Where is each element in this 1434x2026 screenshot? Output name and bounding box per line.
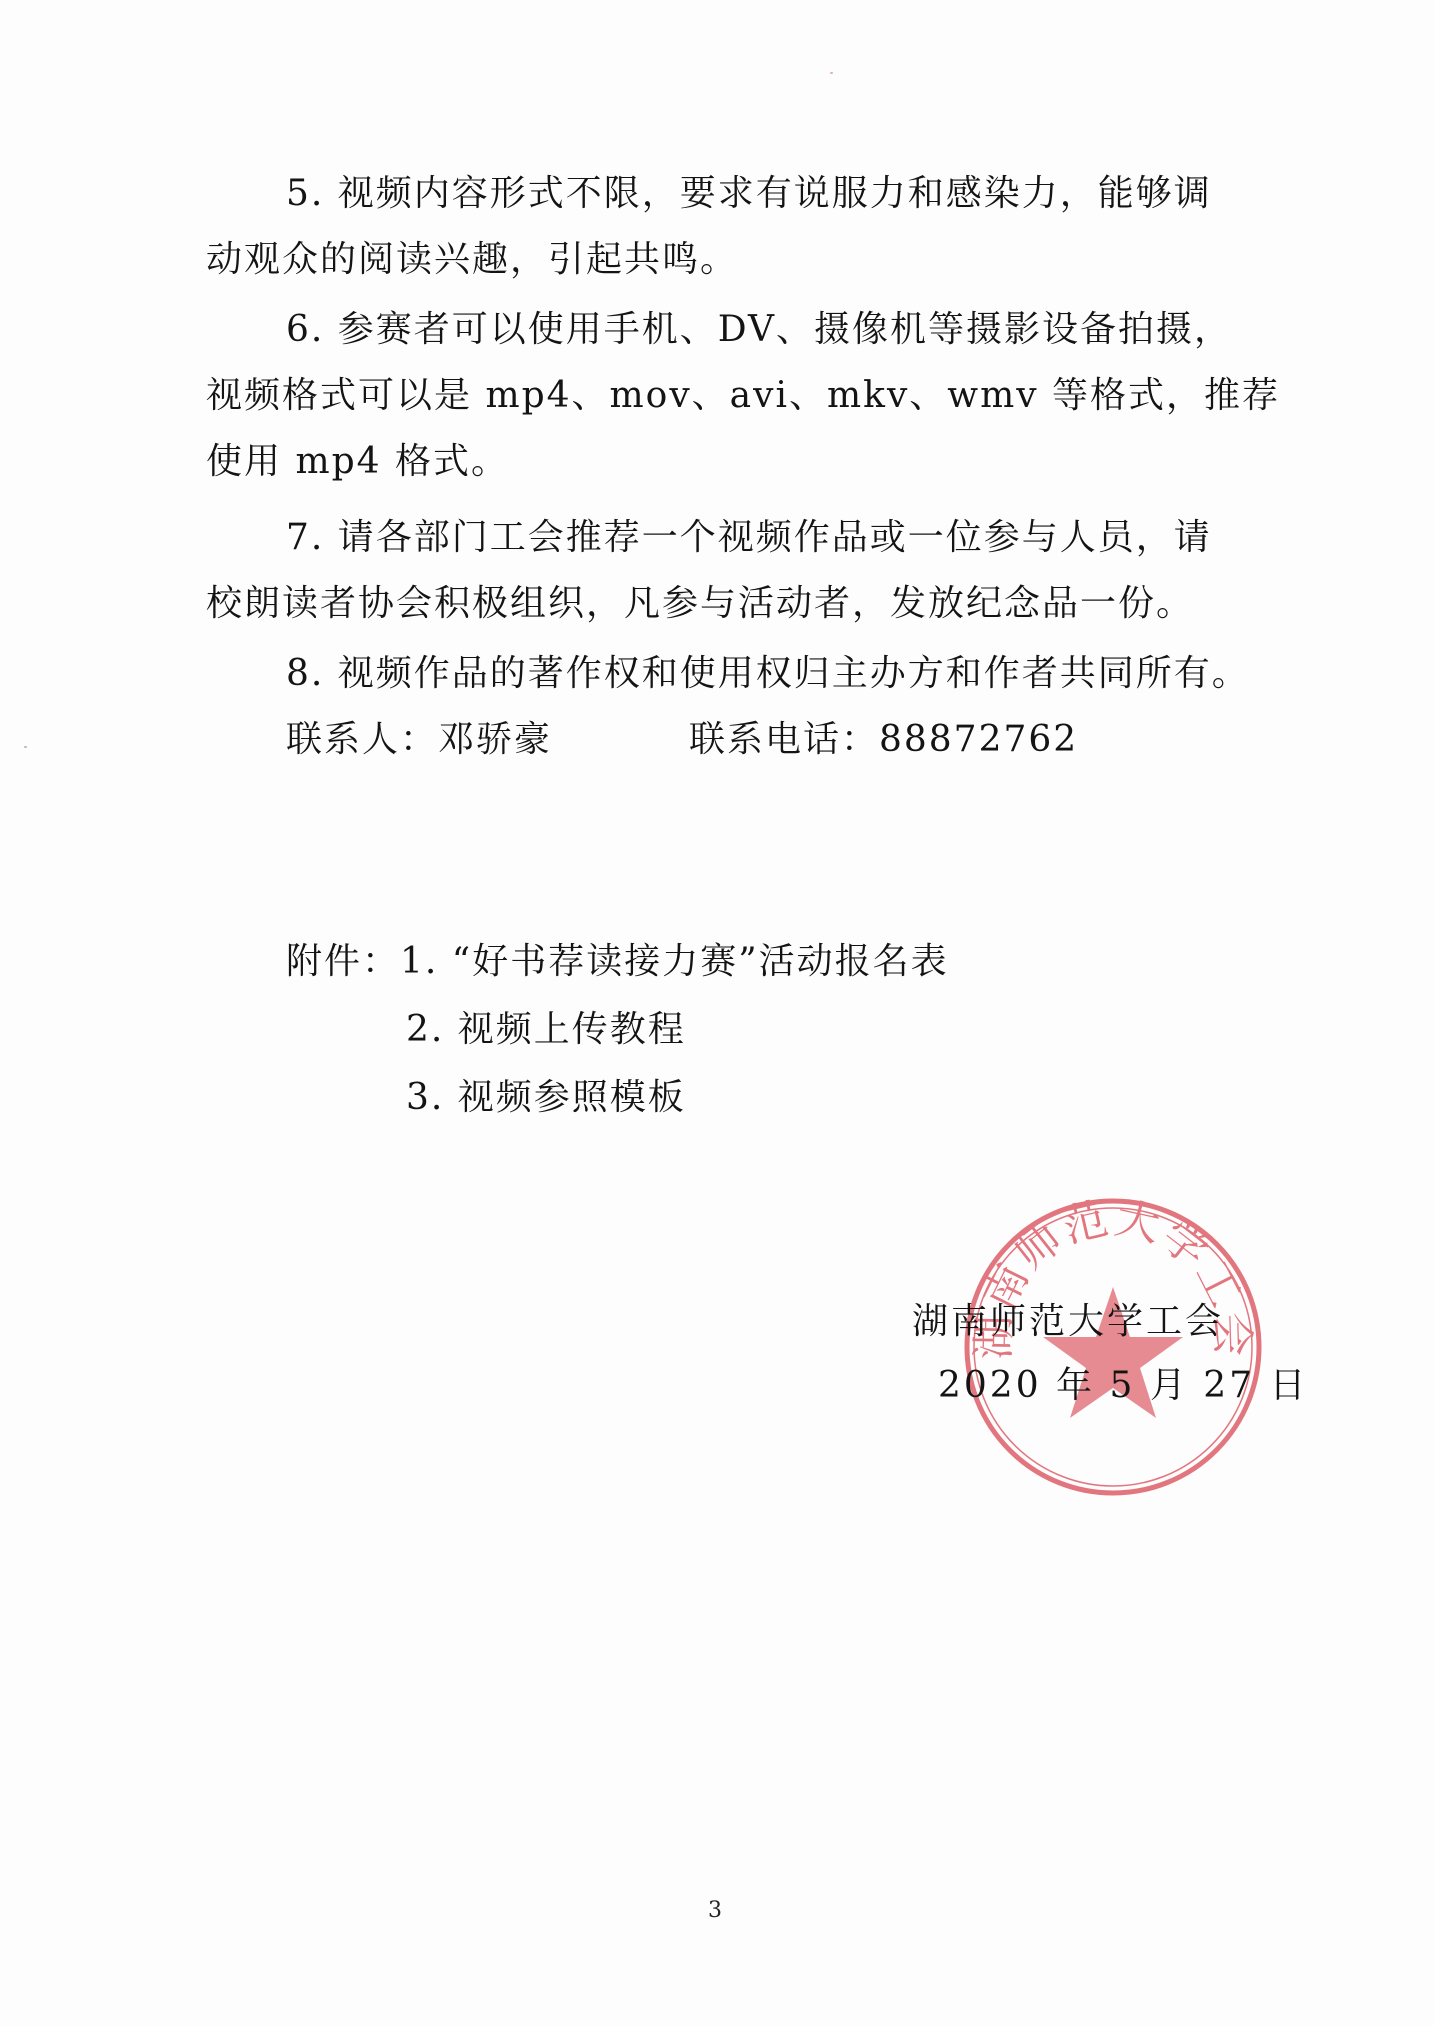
paragraph-6-line-2: 视频格式可以是 mp4、mov、avi、mkv、wmv 等格式，推荐 [206, 374, 1280, 418]
contact-phone: 88872762 [879, 719, 1078, 760]
contact-phone-label: 联系电话： [689, 719, 879, 760]
attachment-item-1: 1. “好书荐读接力赛”活动报名表 [400, 941, 949, 982]
contact-line: 联系人：邓骄豪 联系电话：88872762 [286, 718, 1078, 762]
page-number: 3 [708, 1898, 722, 1923]
official-seal-stamp: 湖南师范大学工会委员会 [958, 1192, 1268, 1502]
attachments-label: 附件： [286, 941, 400, 982]
contact-person-name: 邓骄豪 [438, 719, 552, 760]
paragraph-7-line-1: 7. 请各部门工会推荐一个视频作品或一位参与人员，请 [286, 516, 1212, 560]
attachment-item-2: 2. 视频上传教程 [406, 1008, 686, 1052]
paragraph-5-line-1: 5. 视频内容形式不限，要求有说服力和感染力，能够调 [286, 172, 1212, 216]
paragraph-7-line-2: 校朗读者协会积极组织，凡参与活动者，发放纪念品一份。 [206, 582, 1194, 626]
document-page: 5. 视频内容形式不限，要求有说服力和感染力，能够调 动观众的阅读兴趣，引起共鸣… [0, 0, 1434, 2026]
scan-speck [24, 746, 27, 748]
paragraph-6-line-1: 6. 参赛者可以使用手机、DV、摄像机等摄影设备拍摄， [286, 308, 1232, 352]
attachments-line-1: 附件：1. “好书荐读接力赛”活动报名表 [286, 940, 949, 984]
contact-person-label: 联系人： [286, 719, 438, 760]
paragraph-6-line-3: 使用 mp4 格式。 [206, 440, 509, 484]
scan-speck [830, 72, 833, 74]
attachment-item-3: 3. 视频参照模板 [406, 1076, 686, 1120]
signature-organization: 湖南师范大学工会 [912, 1300, 1224, 1344]
paragraph-8-line-1: 8. 视频作品的著作权和使用权归主办方和作者共同所有。 [286, 652, 1250, 696]
signature-date: 2020 年 5 月 27 日 [938, 1364, 1309, 1408]
paragraph-5-line-2: 动观众的阅读兴趣，引起共鸣。 [206, 238, 738, 282]
